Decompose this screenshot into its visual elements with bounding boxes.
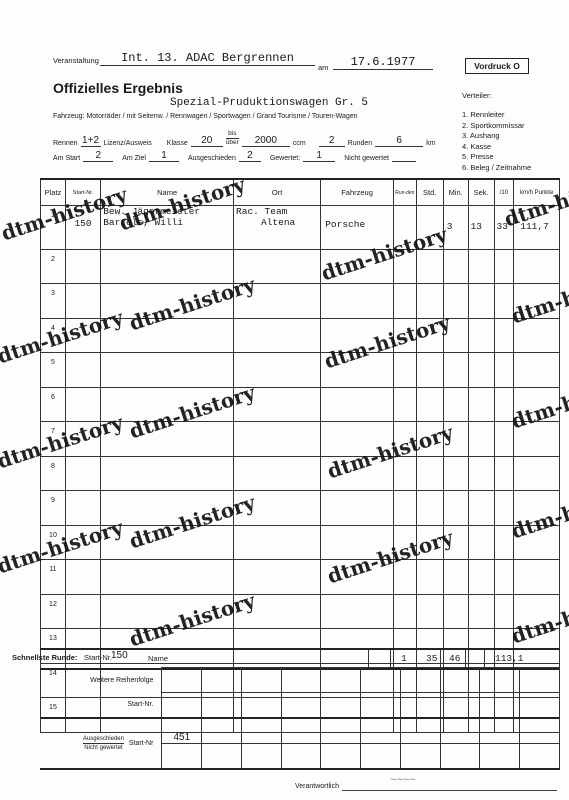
event-date: 17.6.1977 [333, 55, 433, 70]
further-order-table: Weitere Reihenfolge Start-Nr. Ausgeschie… [40, 667, 560, 770]
lower-row: Start-Nr. [40, 693, 560, 719]
fastest-lap-zehntel: 46 [449, 653, 460, 664]
participant-counts-line: Am Start 2 Am Ziel 1 Ausgeschieden 2 Gew… [53, 150, 416, 162]
runden-value: 2 [319, 135, 345, 147]
nicht-gewertet-value [392, 161, 416, 162]
fastest-lap-kmh: 113,1 [495, 653, 524, 664]
start-nr-label: Start-Nr. [40, 693, 162, 719]
ausgeschieden-startnr: 451 [162, 718, 202, 744]
fastest-lap-startnr-label: Start-Nr. [84, 653, 112, 662]
bis-ueber: bis über [226, 130, 239, 147]
col-min: Min. [443, 179, 468, 206]
rennen-value: 1+2 [81, 135, 101, 147]
ausgeschieden-block: Ausgeschieden Nicht gewertet Start-Nr [40, 718, 162, 769]
col-runden: Run-den [393, 179, 416, 206]
col-fahrzeug: Fahrzeug [321, 179, 394, 206]
lizenz-label: Lizenz/Ausweis [104, 140, 152, 147]
date-label: am [318, 63, 328, 72]
lower-row: Ausgeschieden Nicht gewertet Start-Nr 45… [40, 718, 560, 744]
signature-line [342, 790, 557, 791]
fastest-lap-sek: 35 [426, 653, 437, 664]
klasse-label: Klasse [167, 140, 188, 147]
veranstaltung-label: Veranstaltung [53, 56, 99, 65]
form-type-box: Vordruck O [465, 58, 529, 74]
col-zehntel: /10 [494, 179, 514, 206]
am-ziel-label: Am Ziel [122, 155, 146, 162]
ausgeschieden-value: 2 [239, 150, 261, 162]
fastest-lap-name-label: Name [148, 654, 168, 663]
event-name: Int. 13. ADAC Bergrennen [100, 51, 315, 66]
am-ziel-value: 1 [149, 150, 179, 162]
weitere-label: Weitere Reihenfolge [40, 668, 162, 693]
distribution-list: 1. Rennleiter 2. Sportkommissar 3. Ausha… [462, 110, 531, 173]
race-info-line: Rennen 1+2 Lizenz/Ausweis Klasse 20 bis … [53, 130, 436, 147]
distribution-item: 4. Kasse [462, 142, 531, 153]
klasse-value: 20 [191, 135, 223, 147]
document-title: Offizielles Ergebnis [53, 80, 183, 96]
am-start-label: Am Start [53, 155, 80, 162]
km-label: km [426, 140, 435, 147]
fastest-lap-label: Schnellste Runde: [12, 653, 77, 662]
signature: ~~~~ [390, 774, 416, 786]
distribution-item: 1. Rennleiter [462, 110, 531, 121]
ort-cell: Rac. Team Altena [234, 206, 321, 250]
fastest-lap-min: 1 [401, 653, 407, 664]
lower-row: Weitere Reihenfolge [40, 668, 560, 693]
gewertet-value: 1 [303, 150, 335, 162]
table-row: 11 [41, 560, 560, 595]
km-value: 6 [375, 135, 423, 147]
table-row: 8 [41, 456, 560, 491]
distribution-item: 6. Beleg / Zeitnahme [462, 163, 531, 174]
verantwortlich-label: Verantwortlich [295, 783, 339, 790]
col-sek: Sek. [468, 179, 494, 206]
rennen-label: Rennen [53, 140, 78, 147]
am-start-value: 2 [83, 150, 113, 162]
ccm-label: ccm [293, 140, 306, 147]
fastest-lap-startnr: 150 [111, 650, 128, 661]
table-row: 12 [41, 594, 560, 629]
distribution-item: 3. Aushang [462, 131, 531, 142]
table-row: 2 [41, 249, 560, 284]
runden-label: Runden [348, 140, 373, 147]
ausgeschieden-label: Ausgeschieden [188, 155, 236, 162]
vehicle-categories: Fahrzeug: Motorräder / mit Seitenw. / Re… [53, 113, 358, 120]
distribution-item: 5. Presse [462, 152, 531, 163]
col-std: Std. [416, 179, 443, 206]
nicht-gewertet-label: Nicht gewertet [344, 155, 389, 162]
distribution-item: 2. Sportkommissar [462, 121, 531, 132]
sek-cell: 13 [468, 206, 494, 250]
class-subtitle: Spezial-Pruduktionswagen Gr. 5 [170, 97, 368, 109]
distribution-label: Verteiler: [462, 91, 492, 100]
table-row: 5 [41, 353, 560, 388]
gewertet-label: Gewertet: [270, 155, 300, 162]
ccm-value: 2000 [242, 135, 290, 147]
